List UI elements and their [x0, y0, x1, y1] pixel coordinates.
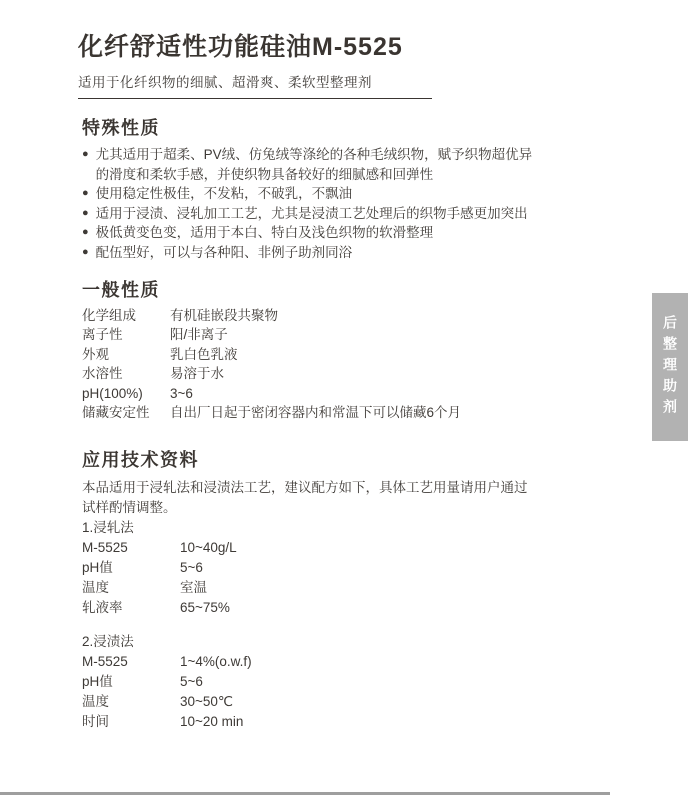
bullet-text: 适用于浸渍、浸轧加工工艺，尤其是浸渍工艺处理后的织物手感更加突出	[96, 204, 528, 224]
table-row: 轧液率 65~75%	[82, 598, 622, 618]
table-row: 离子性 阳/非离子	[82, 325, 622, 344]
row-value: 5~6	[180, 558, 622, 578]
row-value: 65~75%	[180, 598, 622, 618]
general-properties-heading: 一般性质	[82, 279, 622, 301]
row-label: 化学组成	[82, 306, 170, 325]
special-properties-list: ● 尤其适用于超柔、PV绒、仿兔绒等涤纶的各种毛绒织物，赋予织物超优异的滑度和柔…	[82, 145, 602, 262]
row-value: 室温	[180, 578, 622, 598]
row-label: 温度	[82, 692, 180, 712]
list-item: ● 适用于浸渍、浸轧加工工艺，尤其是浸渍工艺处理后的织物手感更加突出	[82, 204, 602, 224]
bullet-text: 配伍型好，可以与各种阳、非例子助剂同浴	[96, 243, 353, 263]
row-label: 离子性	[82, 325, 170, 344]
table-row: 温度 室温	[82, 578, 622, 598]
list-item: ● 尤其适用于超柔、PV绒、仿兔绒等涤纶的各种毛绒织物，赋予织物超优异的滑度和柔…	[82, 145, 602, 184]
row-value: 1~4%(o.w.f)	[180, 652, 622, 672]
bullet-text: 尤其适用于超柔、PV绒、仿兔绒等涤纶的各种毛绒织物，赋予织物超优异的滑度和柔软手…	[96, 145, 544, 184]
table-row: pH(100%) 3~6	[82, 384, 622, 403]
table-row: M-5525 10~40g/L	[82, 538, 622, 558]
bullet-icon: ●	[82, 145, 89, 165]
general-properties-table: 化学组成 有机硅嵌段共聚物 离子性 阳/非离子 外观 乳白色乳液 水溶性 易溶于…	[82, 306, 622, 422]
list-item: ● 极低黄变色变，适用于本白、特白及浅色织物的软滑整理	[82, 223, 602, 243]
row-value: 30~50℃	[180, 692, 622, 712]
table-row: 水溶性 易溶于水	[82, 364, 622, 383]
row-value: 乳白色乳液	[170, 345, 622, 364]
section-special-properties: 特殊性质 ● 尤其适用于超柔、PV绒、仿兔绒等涤纶的各种毛绒织物，赋予织物超优异…	[82, 117, 602, 262]
method-name: 1.浸轧法	[82, 518, 622, 538]
table-row: pH值 5~6	[82, 558, 622, 578]
list-item: ● 使用稳定性极佳，不发粘，不破乳，不飘油	[82, 184, 602, 204]
row-label: 外观	[82, 345, 170, 364]
row-value: 易溶于水	[170, 364, 622, 383]
section-general-properties: 一般性质 化学组成 有机硅嵌段共聚物 离子性 阳/非离子 外观 乳白色乳液 水溶…	[82, 279, 622, 422]
row-value: 阳/非离子	[170, 325, 622, 344]
row-label: M-5525	[82, 652, 180, 672]
row-value: 自出厂日起于密闭容器内和常温下可以储藏6个月	[170, 403, 622, 422]
row-label: 轧液率	[82, 598, 180, 618]
page-subtitle: 适用于化纤织物的细腻、超滑爽、柔软型整理剂	[78, 71, 432, 99]
bottom-divider	[0, 792, 610, 795]
table-row: 温度 30~50℃	[82, 692, 622, 712]
bullet-text: 极低黄变色变，适用于本白、特白及浅色织物的软滑整理	[96, 223, 434, 243]
row-value: 10~20 min	[180, 712, 622, 732]
page-title: 化纤舒适性功能硅油M-5525	[78, 33, 432, 62]
row-value: 有机硅嵌段共聚物	[170, 306, 622, 325]
bullet-icon: ●	[82, 184, 89, 204]
row-label: M-5525	[82, 538, 180, 558]
list-item: ● 配伍型好，可以与各种阳、非例子助剂同浴	[82, 243, 602, 263]
section-application-data: 应用技术资料 本品适用于浸轧法和浸渍法工艺，建议配方如下，具体工艺用量请用户通过…	[82, 449, 622, 732]
bullet-icon: ●	[82, 204, 89, 224]
special-properties-heading: 特殊性质	[82, 117, 602, 139]
row-value: 10~40g/L	[180, 538, 622, 558]
category-side-tab-label: 后整理助剂	[652, 315, 688, 420]
method-dip: 2.浸渍法 M-5525 1~4%(o.w.f) pH值 5~6 温度 30~5…	[82, 632, 622, 732]
datasheet-page: 化纤舒适性功能硅油M-5525 适用于化纤织物的细腻、超滑爽、柔软型整理剂 特殊…	[0, 0, 695, 799]
row-value: 3~6	[170, 384, 622, 403]
table-row: 时间 10~20 min	[82, 712, 622, 732]
row-label: 温度	[82, 578, 180, 598]
table-row: 化学组成 有机硅嵌段共聚物	[82, 306, 622, 325]
row-value: 5~6	[180, 672, 622, 692]
row-label: pH值	[82, 558, 180, 578]
row-label: pH值	[82, 672, 180, 692]
bullet-icon: ●	[82, 243, 89, 263]
category-side-tab: 后整理助剂	[652, 293, 688, 441]
method-name: 2.浸渍法	[82, 632, 622, 652]
table-row: pH值 5~6	[82, 672, 622, 692]
table-row: 外观 乳白色乳液	[82, 345, 622, 364]
row-label: 水溶性	[82, 364, 170, 383]
row-label: 时间	[82, 712, 180, 732]
bullet-text: 使用稳定性极佳，不发粘，不破乳，不飘油	[96, 184, 353, 204]
table-row: M-5525 1~4%(o.w.f)	[82, 652, 622, 672]
row-label: pH(100%)	[82, 384, 170, 403]
table-row: 储藏安定性 自出厂日起于密闭容器内和常温下可以储藏6个月	[82, 403, 622, 422]
doc-header: 化纤舒适性功能硅油M-5525 适用于化纤织物的细腻、超滑爽、柔软型整理剂	[78, 33, 432, 99]
bullet-icon: ●	[82, 223, 89, 243]
application-intro: 本品适用于浸轧法和浸渍法工艺，建议配方如下，具体工艺用量请用户通过试样酌情调整。	[82, 478, 534, 518]
application-heading: 应用技术资料	[82, 449, 622, 471]
row-label: 储藏安定性	[82, 403, 170, 422]
method-pad-dye: 1.浸轧法 M-5525 10~40g/L pH值 5~6 温度 室温 轧液率 …	[82, 518, 622, 618]
